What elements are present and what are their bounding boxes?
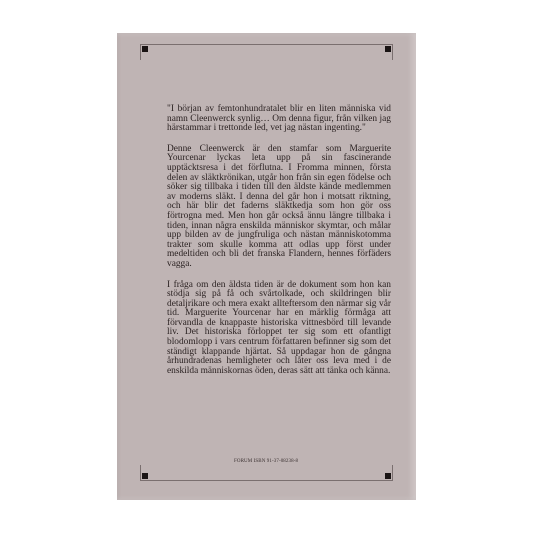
blurb-text: "I början av femtonhundratalet blir en l…	[167, 105, 391, 387]
corner-ornament-bottom-right	[385, 473, 391, 479]
frame-bottom-line	[140, 480, 392, 481]
corner-ornament-top-left	[142, 46, 148, 52]
frame-top-left-tick	[140, 44, 141, 60]
blurb-paragraph-2: I fråga om den äldsta tiden är de dokume…	[167, 281, 391, 377]
frame-bottom-right-tick	[392, 465, 393, 481]
book-back-cover: "I början av femtonhundratalet blir en l…	[117, 33, 416, 500]
frame-top-line	[140, 44, 392, 45]
blurb-quote: "I början av femtonhundratalet blir en l…	[167, 105, 391, 134]
frame-bottom-left-tick	[140, 465, 141, 481]
corner-ornament-bottom-left	[142, 473, 148, 479]
blurb-paragraph-1: Denne Cleenwerck är den stamfar som Marg…	[167, 145, 391, 270]
frame-top-right-tick	[392, 44, 393, 60]
corner-ornament-top-right	[385, 46, 391, 52]
isbn-label: FORUM ISBN 91-37-08238-8	[234, 459, 298, 464]
